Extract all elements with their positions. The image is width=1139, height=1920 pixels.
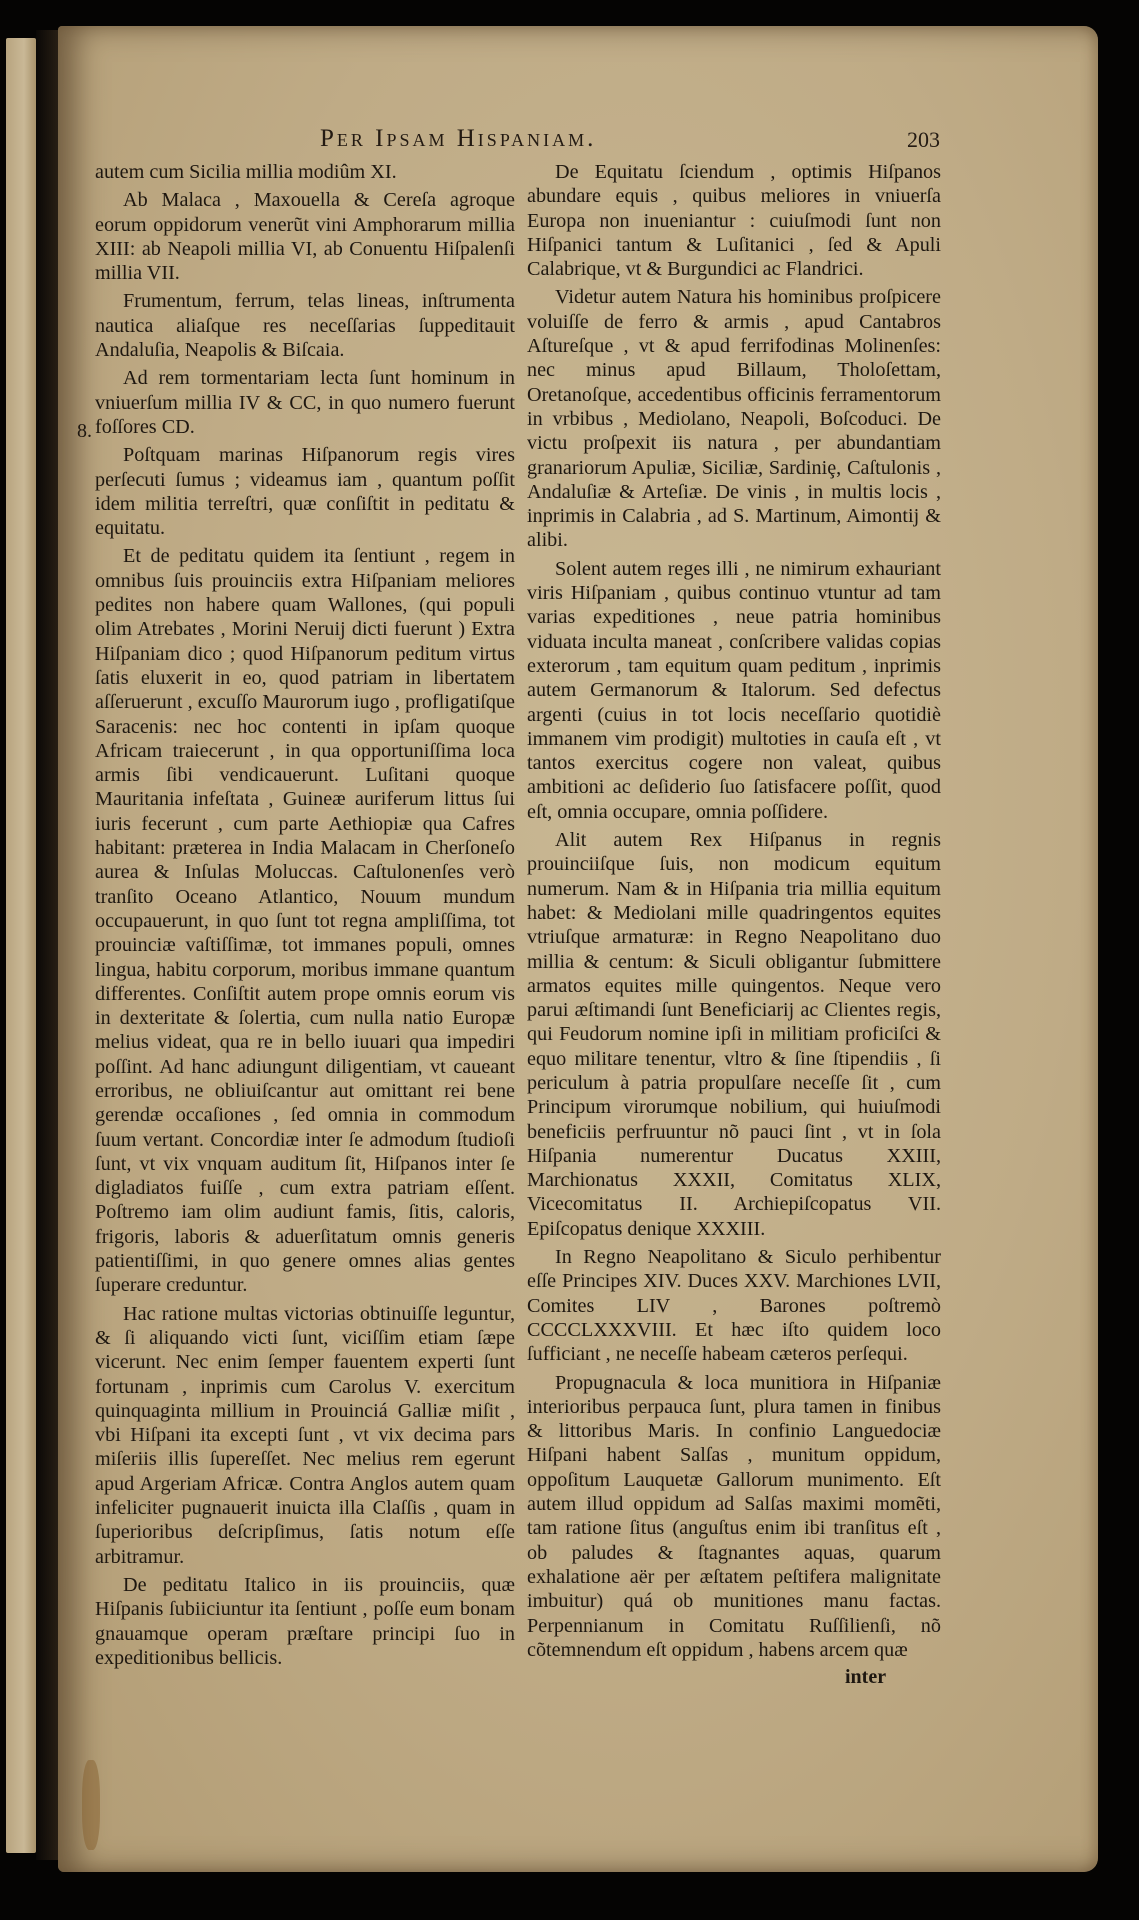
water-stain [82,1760,100,1850]
paragraph: Frumentum, ferrum, telas lineas, inſtrum… [95,289,515,362]
paragraph: Videtur autem Natura his hominibus proſp… [527,285,941,552]
paragraph: Poſtquam marinas Hiſpanorum regis vires … [95,443,515,540]
paragraph: Propugnacula & loca munitiora in Hiſpani… [527,1371,941,1663]
paragraph: Ab Malaca , Maxouella & Cereſa agroque e… [95,188,515,285]
previous-page-edge [6,38,36,1853]
paragraph: Ad rem tormentariam lecta ſunt hominum i… [95,366,515,439]
margin-note: 8. [77,420,92,443]
right-column: De Equitatu ſciendum , optimis Hiſpanos … [527,160,941,1666]
paragraph: Alit autem Rex Hiſpanus in regnis prouin… [527,828,941,1241]
page-header: Per Ipsam Hispaniam. 203 [320,125,940,159]
running-head: Per Ipsam Hispaniam. [320,125,596,153]
paragraph: De peditatu Italico in iis prouinciis, q… [95,1573,515,1670]
left-column: autem cum Sicilia millia modiûm XI. Ab M… [95,160,515,1674]
paragraph: In Regno Neapolitano & Siculo perhibentu… [527,1245,941,1366]
paragraph: Hac ratione multas victorias obtinuiſſe … [95,1302,515,1569]
page-number: 203 [907,127,940,153]
catchword: inter [845,1666,886,1689]
paragraph: Et de peditatu quidem ita ſentiunt , reg… [95,544,515,1297]
paragraph: autem cum Sicilia millia modiûm XI. [95,160,515,184]
paragraph: De Equitatu ſciendum , optimis Hiſpanos … [527,160,941,281]
paragraph: Solent autem reges illi , ne nimirum exh… [527,557,941,824]
